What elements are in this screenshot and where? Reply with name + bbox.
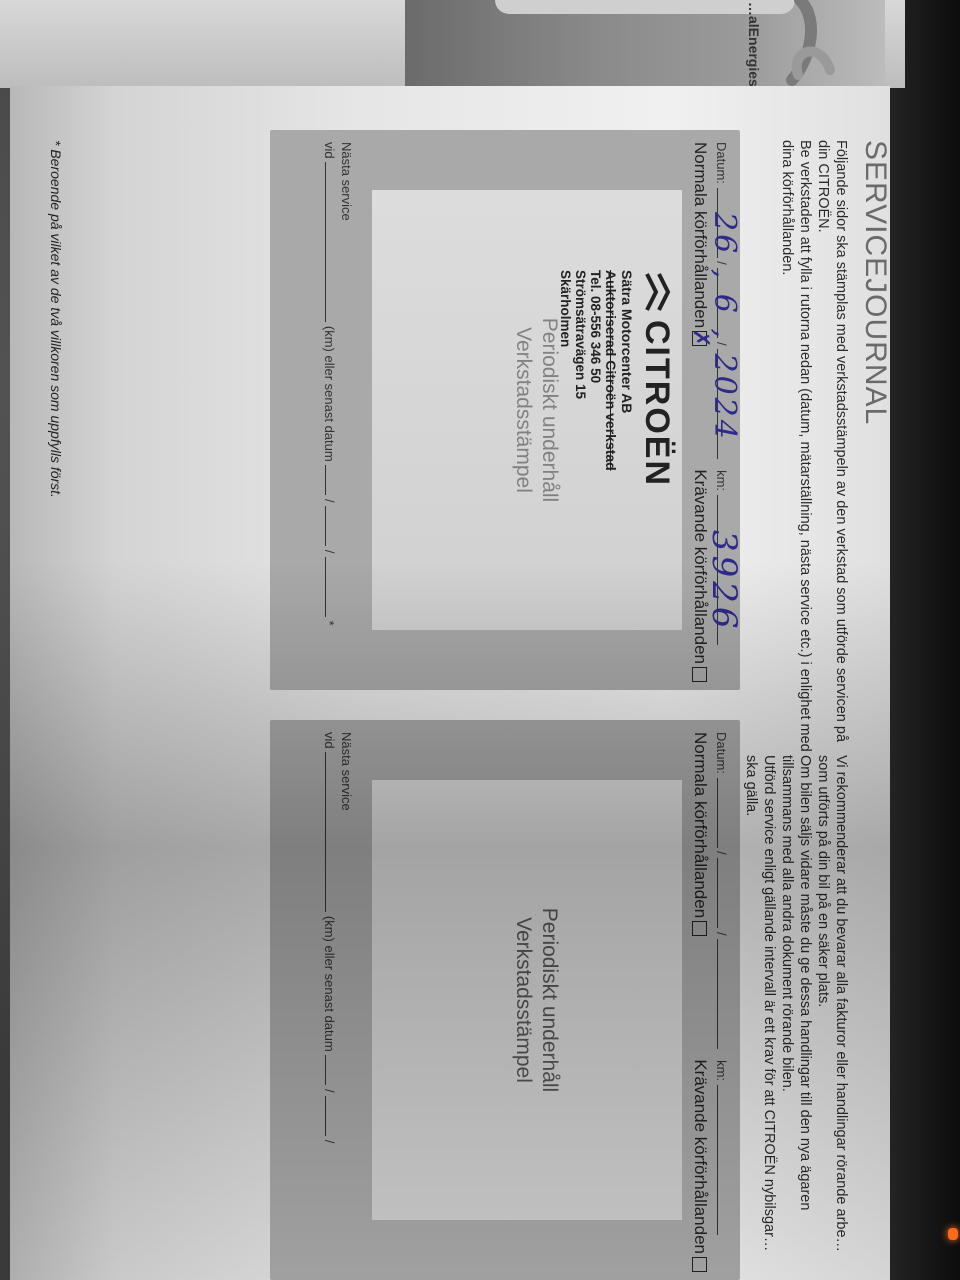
- handwritten-date: 26 , 6 , 2024: [707, 212, 742, 442]
- rotated-page-content: SERVICEJOURNAL Följande sidor ska stämpl…: [20, 130, 900, 1280]
- dealer-brand: CITROËN: [637, 320, 676, 487]
- normal-conditions-label: Normala körförhållanden: [691, 142, 710, 328]
- dealer-company: Sätra Motorcenter AB: [619, 270, 635, 650]
- intro-paragraph: Be verkstaden att fylla i rutorna nedan …: [778, 140, 814, 760]
- intro-paragraph: Om bilen säljs vidare måste du ge dessa …: [778, 755, 814, 1275]
- next-service-km-field[interactable]: [325, 162, 337, 322]
- conditions-row: Normala körförhållanden Krävande körförh…: [690, 732, 710, 1272]
- handwritten-km: 3926: [704, 530, 744, 633]
- normal-conditions-checkbox[interactable]: [692, 921, 707, 936]
- date-km-row: Datum: / / km:: [714, 732, 730, 1272]
- next-service-label: Nästa service: [338, 732, 355, 1272]
- stamp-label-line2: Verkstadsstämpel: [510, 190, 536, 630]
- next-date-month-field[interactable]: [325, 1096, 337, 1136]
- km-label: km:: [714, 470, 729, 491]
- asterisk: *: [322, 621, 337, 626]
- orange-indicator-light: [948, 1228, 958, 1240]
- next-service-row: Nästa service vid (km) eller senast datu…: [321, 142, 355, 682]
- intro-right: Vi rekommenderar att du bevarar alla fak…: [742, 755, 850, 1275]
- service-record-card-2: Datum: / / km: Normala körförhållanden K…: [270, 720, 740, 1280]
- intro-paragraph: Vi rekommenderar att du bevarar alla fak…: [814, 755, 850, 1275]
- totalenergies-logo-icon: [780, 0, 850, 95]
- demanding-conditions-checkbox[interactable]: [692, 667, 707, 682]
- conditions-row: Normala körförhållanden Krävande körförh…: [690, 142, 710, 682]
- dealer-city: Skärholmen: [558, 270, 573, 650]
- next-date-day-field[interactable]: [325, 465, 337, 495]
- demanding-conditions-label: Krävande körförhållanden: [691, 469, 710, 664]
- next-service-label: Nästa service: [338, 142, 355, 682]
- intro-left: Följande sidor ska stämplas med verkstad…: [778, 140, 850, 760]
- km-label: km:: [714, 1060, 729, 1081]
- demanding-conditions-label: Krävande körförhållanden: [691, 1059, 710, 1254]
- workshop-stamp-area: Periodiskt underhåll Verkstadsstämpel: [372, 780, 682, 1220]
- km-or-date-label: (km) eller senast datum: [322, 916, 337, 1052]
- dealer-type: Auktoriserad Citroën verkstad: [603, 270, 619, 650]
- next-date-month-field[interactable]: [325, 506, 337, 546]
- date-year-field[interactable]: [717, 939, 730, 1049]
- date-label: Datum:: [714, 142, 729, 184]
- date-label: Datum:: [714, 732, 729, 774]
- date-km-row: Datum: / / km: 26 , 6 , 2024 3926: [714, 142, 730, 682]
- date-day-field[interactable]: [717, 778, 730, 848]
- service-record-card-1: Datum: / / km: 26 , 6 , 2024 3926 Normal…: [270, 130, 740, 690]
- dealer-phone: Tel. 08-556 346 50: [588, 270, 603, 650]
- next-date-year-field[interactable]: [325, 557, 337, 617]
- km-or-date-label: (km) eller senast datum: [322, 326, 337, 462]
- intro-paragraph: Följande sidor ska stämplas med verkstad…: [814, 140, 850, 760]
- date-month-field[interactable]: [717, 858, 730, 928]
- normal-conditions-checkbox[interactable]: [692, 331, 707, 346]
- km-field[interactable]: [717, 1085, 730, 1235]
- stamp-label-line1: Periodiskt underhåll: [536, 780, 562, 1220]
- next-date-day-field[interactable]: [325, 1055, 337, 1085]
- previous-page: …alEnergies: [0, 0, 905, 88]
- citroen-chevron-icon: [642, 270, 672, 314]
- page-title: SERVICEJOURNAL: [858, 140, 892, 425]
- stamp-placeholder: Periodiskt underhåll Verkstadsstämpel: [510, 190, 562, 630]
- dealer-stamp: CITROËN Sätra Motorcenter AB Auktorisera…: [558, 270, 676, 650]
- previous-page-brand: …alEnergies: [742, 2, 762, 92]
- stamp-placeholder: Periodiskt underhåll Verkstadsstämpel: [510, 780, 562, 1220]
- vid-label: vid: [322, 142, 337, 159]
- footnote: * Beroende på vilket av de två villkoren…: [48, 140, 64, 498]
- workshop-stamp-area: Periodiskt underhåll Verkstadsstämpel CI…: [372, 190, 682, 630]
- next-service-km-field[interactable]: [325, 752, 337, 912]
- demanding-conditions-checkbox[interactable]: [692, 1257, 707, 1272]
- dealer-street: Strömsätravägen 15: [573, 270, 588, 650]
- next-service-row: Nästa service vid (km) eller senast datu…: [321, 732, 355, 1272]
- vid-label: vid: [322, 732, 337, 749]
- stamp-label-line2: Verkstadsstämpel: [510, 780, 536, 1220]
- intro-paragraph: Utförd service enligt gällande intervall…: [742, 755, 778, 1275]
- normal-conditions-label: Normala körförhållanden: [691, 732, 710, 918]
